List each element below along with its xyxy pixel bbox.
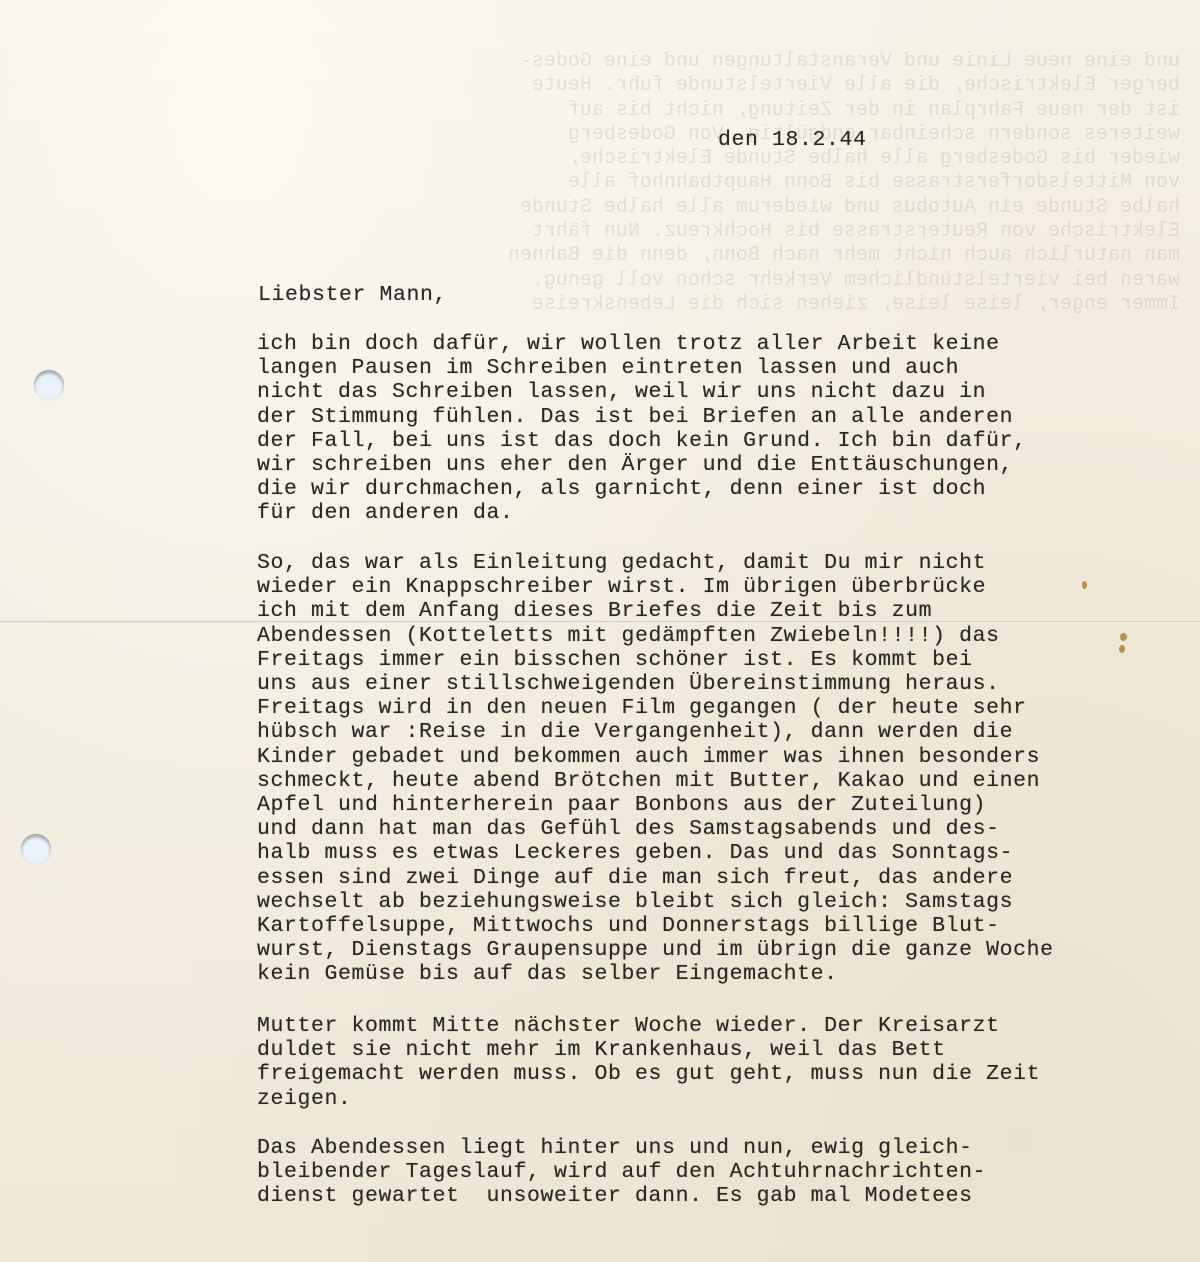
text-line: essen sind zwei Dinge auf die man sich f…	[257, 866, 1054, 890]
text-line: Mutter kommt Mitte nächster Woche wieder…	[257, 1014, 1040, 1038]
letter-salutation: Liebster Mann,	[258, 283, 447, 307]
text-line: uns aus einer stillschweigenden Übereins…	[257, 672, 1054, 696]
stain-spot	[1120, 633, 1127, 641]
text-line: bleibender Tageslauf, wird auf den Achtu…	[257, 1160, 986, 1184]
text-line: freigemacht werden muss. Ob es gut geht,…	[257, 1062, 1040, 1086]
letter-date: den 18.2.44	[718, 128, 867, 152]
text-line: Kinder gebadet und bekommen auch immer w…	[257, 745, 1054, 769]
text-line: nicht das Schreiben lassen, weil wir uns…	[257, 380, 1027, 404]
reverse-side-show-through: und eine neue Linie und Veranstaltungen …	[60, 50, 1180, 317]
text-line: So, das war als Einleitung gedacht, dami…	[257, 551, 1054, 575]
text-line: Apfel und hinterherein paar Bonbons aus …	[257, 793, 1054, 817]
text-line: Freitags wird in den neuen Film gegangen…	[257, 696, 1054, 720]
punch-hole-bottom	[21, 834, 51, 864]
text-line: wir schreiben uns eher den Ärger und die…	[257, 453, 1027, 477]
text-line: schmeckt, heute abend Brötchen mit Butte…	[257, 769, 1054, 793]
text-line: dienst gewartet unsoweiter dann. Es gab …	[257, 1184, 986, 1208]
text-line: langen Pausen im Schreiben eintreten las…	[257, 356, 1027, 380]
text-line: wechselt ab beziehungsweise bleibt sich …	[257, 890, 1054, 914]
text-line: der Stimmung fühlen. Das ist bei Briefen…	[257, 405, 1027, 429]
text-line: Freitags immer ein bisschen schöner ist.…	[257, 648, 1054, 672]
text-line: Kartoffelsuppe, Mittwochs und Donnerstag…	[257, 914, 1054, 938]
text-line: zeigen.	[257, 1087, 1040, 1111]
stain-spot	[1082, 581, 1087, 589]
text-line: Abendessen (Kotteletts mit gedämpften Zw…	[257, 624, 1054, 648]
text-line: wieder ein Knappschreiber wirst. Im übri…	[257, 575, 1054, 599]
punch-hole-top	[34, 370, 64, 400]
text-line: Das Abendessen liegt hinter uns und nun,…	[257, 1136, 986, 1160]
stain-spot	[1119, 645, 1125, 653]
text-line: die wir durchmachen, als garnicht, denn …	[257, 477, 1027, 501]
paragraph-1: ich bin doch dafür, wir wollen trotz all…	[257, 332, 1027, 526]
paragraph-3: Mutter kommt Mitte nächster Woche wieder…	[257, 1014, 1040, 1111]
text-line: für den anderen da.	[257, 501, 1027, 525]
text-line: hübsch war :Reise in die Vergangenheit),…	[257, 720, 1054, 744]
text-line: wurst, Dienstags Graupensuppe und im übr…	[257, 938, 1054, 962]
text-line: kein Gemüse bis auf das selber Eingemach…	[257, 962, 1054, 986]
text-line: duldet sie nicht mehr im Krankenhaus, we…	[257, 1038, 1040, 1062]
text-line: und dann hat man das Gefühl des Samstags…	[257, 817, 1054, 841]
text-line: halb muss es etwas Leckeres geben. Das u…	[257, 841, 1054, 865]
text-line: der Fall, bei uns ist das doch kein Grun…	[257, 429, 1027, 453]
paragraph-2: So, das war als Einleitung gedacht, dami…	[257, 551, 1054, 987]
paragraph-4: Das Abendessen liegt hinter uns und nun,…	[257, 1136, 986, 1209]
text-line: ich bin doch dafür, wir wollen trotz all…	[257, 332, 1027, 356]
text-line: ich mit dem Anfang dieses Briefes die Ze…	[257, 599, 1054, 623]
